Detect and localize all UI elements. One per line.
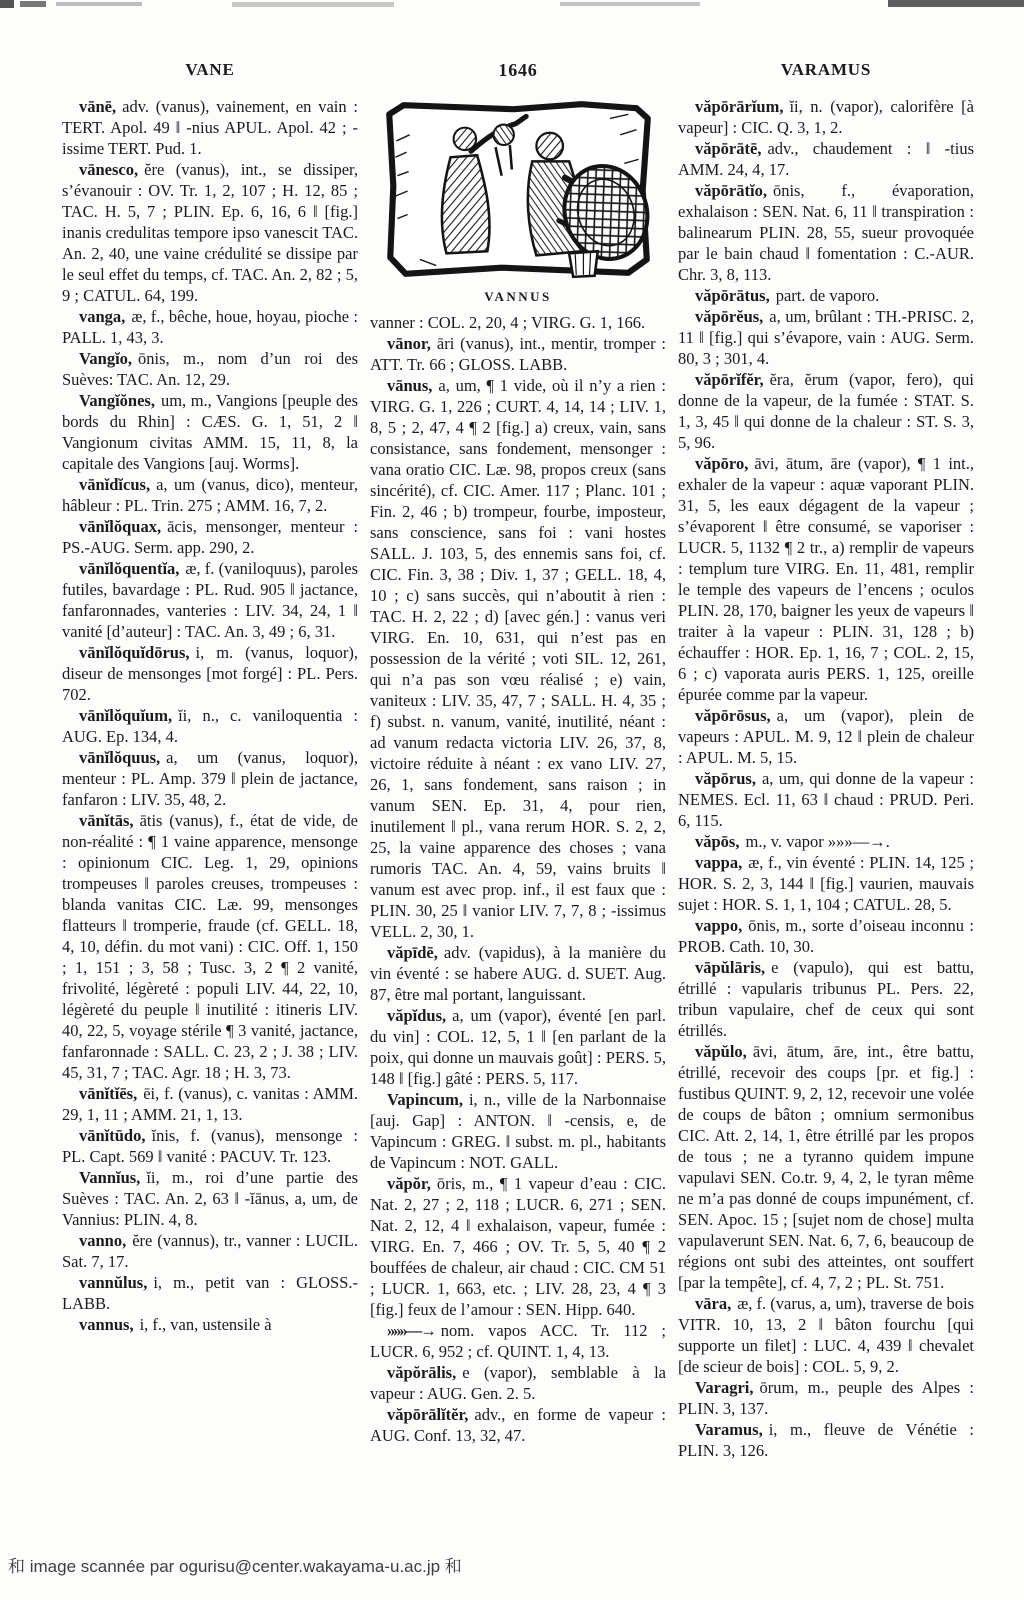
entry-headword: vānĭtĭēs, <box>79 1084 137 1103</box>
dictionary-entry: »»»—→vānor,āri (vanus), int., mentir, tr… <box>370 333 666 375</box>
entry-body: m., v. vapor »»»—→. <box>745 832 889 851</box>
column-left: »»»—→vānē,adv. (vanus), vainement, en va… <box>62 96 358 1544</box>
entries-right: »»»—→văpōrārĭum,ĭi, n. (vapor), calorifè… <box>678 96 974 1461</box>
scan-smudge <box>56 2 142 6</box>
entry-body: ĕre (vanus), int., se dissiper, s’évanou… <box>62 160 358 305</box>
header-left-headword: VANE <box>62 60 358 81</box>
dictionary-entry: »»»—→vānesco,ĕre (vanus), int., se dissi… <box>62 159 358 306</box>
entry-headword: Varagri, <box>695 1378 754 1397</box>
vannus-engraving <box>379 98 657 284</box>
entry-headword: vānĭlŏquus, <box>79 748 160 767</box>
entry-headword: văpōrĭfĕr, <box>695 370 764 389</box>
dictionary-entry: »»»—→văpōrus,a, um, qui donne de la vape… <box>678 768 974 831</box>
entry-headword: vānĭlŏquĭum, <box>79 706 172 725</box>
dictionary-entry: »»»—→vappo,ōnis, m., sorte d’oiseau inco… <box>678 915 974 957</box>
entry-headword: văpōrĕus, <box>695 307 763 326</box>
entry-body: ātis (vanus), f., état de vide, de non-r… <box>62 811 358 1082</box>
dictionary-page: VANE 1646 VARAMUS »»»—→vānē,adv. (vanus)… <box>0 0 1024 1600</box>
dictionary-entry: »»»—→vānus,a, um, ¶ 1 vide, où il n’y a … <box>370 375 666 942</box>
scan-smudge <box>0 0 14 8</box>
scan-footer: 和 image scannée par ogurisu@center.wakay… <box>8 1552 462 1577</box>
page-number: 1646 <box>370 60 666 81</box>
dictionary-entry: »»»—→văpōrōsus,a, um (vapor), plein de v… <box>678 705 974 768</box>
entry-body: āvi, ātum, āre, int., être battu, étrill… <box>678 1042 974 1292</box>
entry-headword: Vapincum, <box>387 1090 463 1109</box>
entry-headword: Vannĭus, <box>79 1168 140 1187</box>
entry-headword: văpĭdus, <box>387 1006 446 1025</box>
scan-smudge <box>20 1 46 7</box>
entry-headword: văpōrālĭtĕr, <box>387 1405 468 1424</box>
entry-headword: vānĭtās, <box>79 811 134 830</box>
dictionary-entry: »»»—→vānē,adv. (vanus), vainement, en va… <box>62 96 358 159</box>
entry-headword: vanno, <box>79 1231 126 1250</box>
entry-headword: vānus, <box>387 376 432 395</box>
dictionary-entry: »»»—→văpōrārĭum,ĭi, n. (vapor), calorifè… <box>678 96 974 138</box>
entry-headword: Vangĭŏnes, <box>79 391 155 410</box>
entry-headword: văpōs, <box>695 832 739 851</box>
dictionary-entry: »»»—→vānĭtūdo,ĭnis, f. (vanus), mensonge… <box>62 1125 358 1167</box>
dictionary-entry: »»»—→văpōrĕus,a, um, brûlant : TH.-PRISC… <box>678 306 974 369</box>
column-middle: VANNUS »»»—→vanner : COL. 2, 20, 4 ; VIR… <box>370 96 666 1544</box>
entry-headword: vāra, <box>695 1294 731 1313</box>
dictionary-entry: »»»—→vanner : COL. 2, 20, 4 ; VIRG. G. 1… <box>370 312 666 333</box>
dictionary-entry: »»»—→Vannĭus,ĭi, m., roi d’une partie de… <box>62 1167 358 1230</box>
dictionary-entry: »»»—→văpŏrālis,e (vapor), semblable à la… <box>370 1362 666 1404</box>
dictionary-entry: »»»—→văpōrālĭtĕr,adv., en forme de vapeu… <box>370 1404 666 1446</box>
entry-headword: văpōrātĭo, <box>695 181 767 200</box>
entry-headword: văpōro, <box>695 454 748 473</box>
entry-headword: Varamus, <box>695 1420 763 1439</box>
entry-headword: văpōrātē, <box>695 139 761 158</box>
entry-headword: văpŭlo, <box>695 1042 747 1061</box>
dictionary-entry: »»»—→văpĭdus,a, um (vapor), éventé [en p… <box>370 1005 666 1089</box>
dictionary-entry: »»»—→văpōrātĭo,ōnis, f., évaporation, ex… <box>678 180 974 285</box>
dictionary-entry: »»»—→văpŏr,ōris, m., ¶ 1 vapeur d’eau : … <box>370 1173 666 1320</box>
entry-headword: vāpŭlāris, <box>695 958 765 977</box>
entry-headword: văpŏrālis, <box>387 1363 456 1382</box>
entry-body: i, f., van, ustensile à <box>140 1315 272 1334</box>
dictionary-entry: »»»—→Vapincum,i, n., ville de la Narbonn… <box>370 1089 666 1173</box>
dictionary-entry: »»»—→vannus,i, f., van, ustensile à <box>62 1314 358 1335</box>
dictionary-entry: »»»—→Varamus,i, m., fleuve de Vénétie : … <box>678 1419 974 1461</box>
dictionary-entry: »»»—→vannŭlus,i, m., petit van : GLOSS.-… <box>62 1272 358 1314</box>
remark-arrow-icon: »»»—→ <box>387 1321 435 1340</box>
vannus-figure: VANNUS <box>379 98 657 307</box>
dictionary-entry: »»»—→Vangĭŏnes,um, m., Vangions [peuple … <box>62 390 358 474</box>
entries-middle: »»»—→vanner : COL. 2, 20, 4 ; VIRG. G. 1… <box>370 312 666 1446</box>
scan-smudge <box>560 2 700 6</box>
dictionary-entry: »»»—→văpīdē,adv. (vapidus), à la manière… <box>370 942 666 1005</box>
dictionary-entry: »»»—→văpŭlo,āvi, ātum, āre, int., être b… <box>678 1041 974 1293</box>
dictionary-entry: »»»—→vānĭlŏquax,ācis, mensonger, menteur… <box>62 516 358 558</box>
dictionary-entry: »»»—→văpōs,m., v. vapor »»»—→. <box>678 831 974 852</box>
dictionary-entry: »»»—→vānĭtĭēs,ēi, f. (vanus), c. vanitas… <box>62 1083 358 1125</box>
dictionary-entry: »»»—→vānĭlŏquus,a, um (vanus, loquor), m… <box>62 747 358 810</box>
dictionary-entry: »»»—→văpōrātus,part. de vaporo. <box>678 285 974 306</box>
dictionary-entry: »»»—→nom. vapos ACC. Tr. 112 ; LUCR. 6, … <box>370 1320 666 1362</box>
header-right-headword: VARAMUS <box>678 60 974 81</box>
dictionary-entry: »»»—→vānĭlŏquentĭa,æ, f. (vaniloquus), p… <box>62 558 358 642</box>
dictionary-entry: »»»—→Varagri,ōrum, m., peuple des Alpes … <box>678 1377 974 1419</box>
entry-headword: vanga, <box>79 307 125 326</box>
entry-headword: văpōrātus, <box>695 286 770 305</box>
entry-body: a, um, ¶ 1 vide, où il n’y a rien : VIRG… <box>370 376 666 941</box>
entry-headword: vānĭlŏquentĭa, <box>79 559 179 578</box>
dictionary-entry: »»»—→văpōrĭfĕr,ĕra, ĕrum (vapor, fero), … <box>678 369 974 453</box>
dictionary-entry: »»»—→vānĭlŏquĭdōrus,i, m. (vanus, loquor… <box>62 642 358 705</box>
entry-headword: vannŭlus, <box>79 1273 147 1292</box>
dictionary-entry: »»»—→vānĭlŏquĭum,ĭi, n., c. vaniloquenti… <box>62 705 358 747</box>
dictionary-entry: »»»—→văpōro,āvi, ātum, āre (vapor), ¶ 1 … <box>678 453 974 705</box>
entry-body: āvi, ātum, āre (vapor), ¶ 1 int., exhale… <box>678 454 974 704</box>
dictionary-entry: »»»—→vanga,æ, f., bêche, houe, hoyau, pi… <box>62 306 358 348</box>
dictionary-entry: »»»—→vānĭdĭcus,a, um (vanus, dico), ment… <box>62 474 358 516</box>
entry-body: ōris, m., ¶ 1 vapeur d’eau : CIC. Nat. 2… <box>370 1174 666 1319</box>
entry-headword: văpōrōsus, <box>695 706 771 725</box>
dictionary-entry: »»»—→vappa,æ, f., vin éventé : PLIN. 14,… <box>678 852 974 915</box>
entry-headword: văpōrārĭum, <box>695 97 783 116</box>
entry-headword: vānĭlŏquĭdōrus, <box>79 643 190 662</box>
dictionary-entry: »»»—→Vangĭo,ōnis, m., nom d’un roi des S… <box>62 348 358 390</box>
entry-headword: vānesco, <box>79 160 138 179</box>
entry-headword: vānĭdĭcus, <box>79 475 150 494</box>
entry-headword: văpŏr, <box>387 1174 431 1193</box>
entry-headword: vānĭtūdo, <box>79 1126 145 1145</box>
entry-headword: vappo, <box>695 916 742 935</box>
entry-body: part. de vaporo. <box>776 286 880 305</box>
entry-headword: vānĭlŏquax, <box>79 517 161 536</box>
entry-headword: vānor, <box>387 334 431 353</box>
dictionary-entry: »»»—→vāra,æ, f. (varus, a, um), traverse… <box>678 1293 974 1377</box>
entry-headword: vannus, <box>79 1315 134 1334</box>
dictionary-entry: »»»—→văpōrātē,adv., chaudement : ‖ -tius… <box>678 138 974 180</box>
entries-left: »»»—→vānē,adv. (vanus), vainement, en va… <box>62 96 358 1335</box>
entry-headword: Vangĭo, <box>79 349 132 368</box>
scan-smudge <box>232 2 394 7</box>
figure-caption: VANNUS <box>379 286 657 307</box>
scan-smudge <box>888 0 1024 7</box>
entry-headword: vappa, <box>695 853 742 872</box>
page-header: VANE 1646 VARAMUS <box>62 60 974 81</box>
dictionary-entry: »»»—→vānĭtās,ātis (vanus), f., état de v… <box>62 810 358 1083</box>
dictionary-entry: »»»—→vanno,ĕre (vannus), tr., vanner : L… <box>62 1230 358 1272</box>
entry-headword: văpōrus, <box>695 769 756 788</box>
text-columns: »»»—→vānē,adv. (vanus), vainement, en va… <box>62 96 974 1544</box>
entry-body: vanner : COL. 2, 20, 4 ; VIRG. G. 1, 166… <box>370 313 645 332</box>
dictionary-entry: »»»—→vāpŭlāris,e (vapulo), qui est battu… <box>678 957 974 1041</box>
column-right: »»»—→văpōrārĭum,ĭi, n. (vapor), calorifè… <box>678 96 974 1544</box>
scan-footer-text: 和 image scannée par ogurisu@center.wakay… <box>8 1557 462 1576</box>
entry-headword: văpīdē, <box>387 943 438 962</box>
entry-headword: vānē, <box>79 97 116 116</box>
